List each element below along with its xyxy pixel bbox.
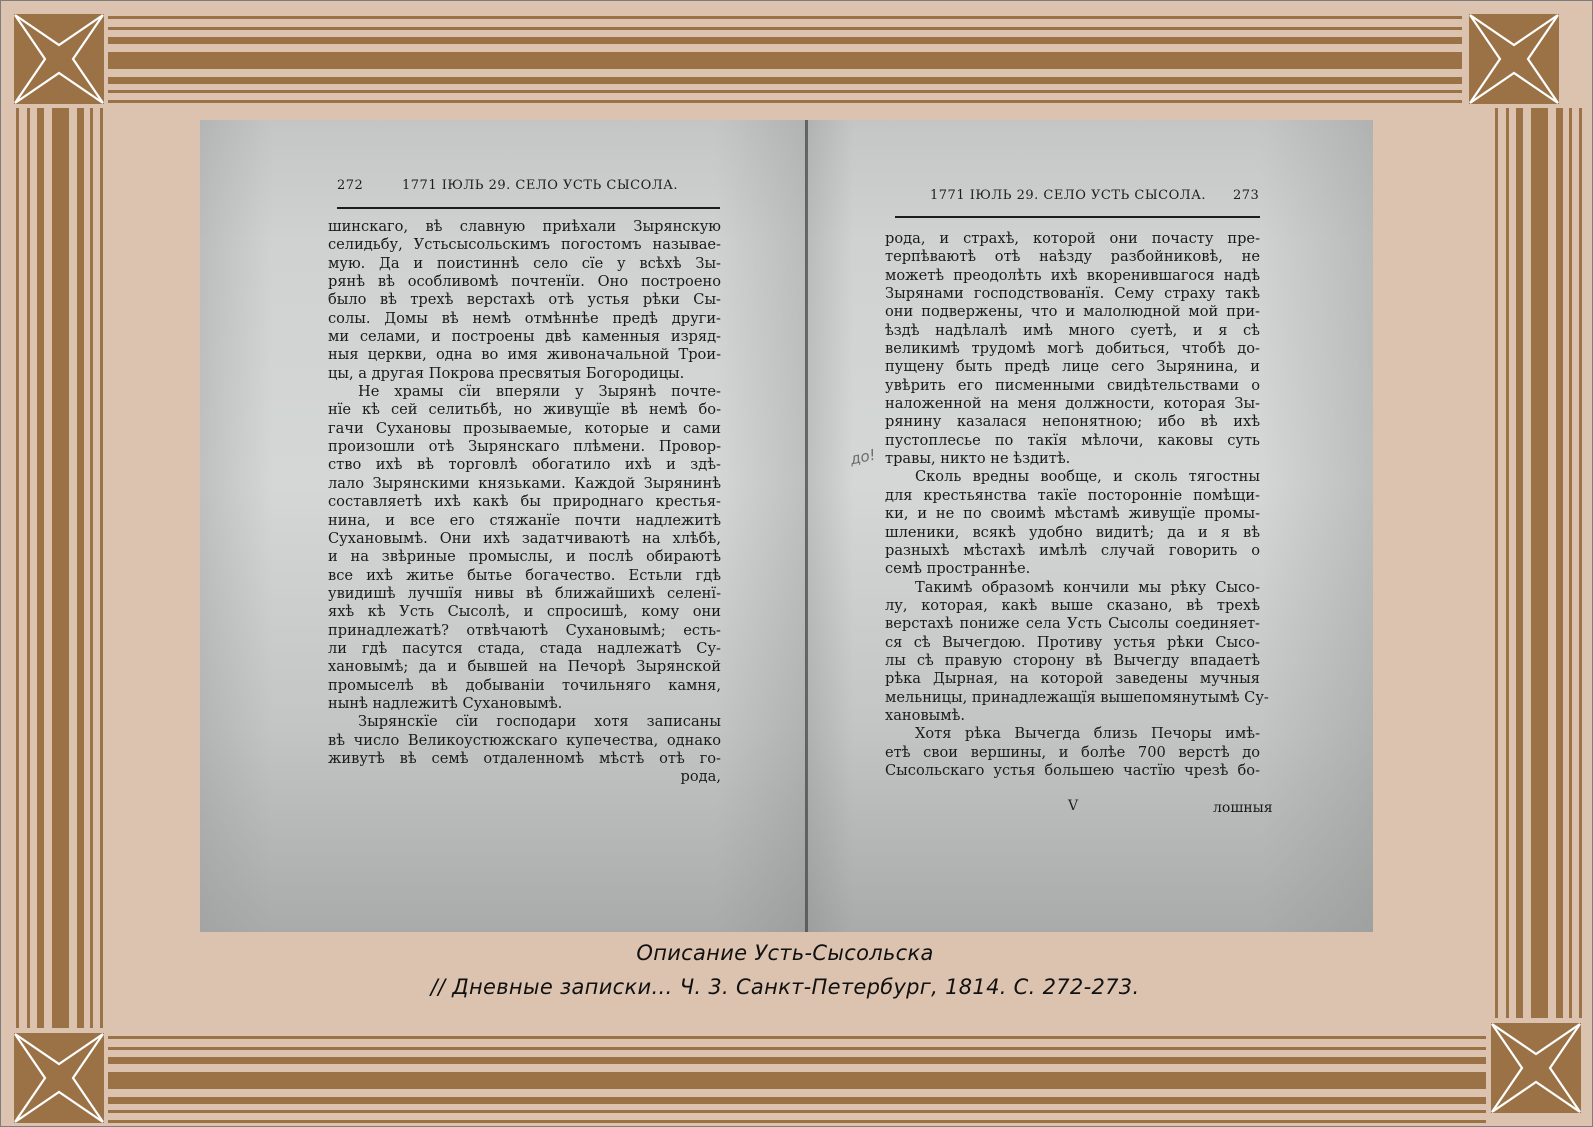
left-page-text: шинскаго, вѣ славную приѣхали Зырянскуюс… <box>328 218 721 787</box>
text-line: солы. Домы вѣ немѣ отмѣннѣе предѣ други- <box>328 310 721 328</box>
text-line: травы, никто не ѣздитѣ. <box>885 450 1260 468</box>
text-line: произошли отѣ Зырянскаго плѣмени. Провор… <box>328 438 721 456</box>
text-line: рода, и страхѣ, которой они почасту пре- <box>885 230 1260 248</box>
left-head-rule <box>337 207 720 209</box>
text-line: гачи Сухановы прозываемые, которые и сам… <box>328 420 721 438</box>
text-line: нынѣ надлежитѣ Сухановымѣ. <box>328 695 721 713</box>
corner-star-icon-top-right <box>1469 14 1559 104</box>
right-page-number: 273 <box>1233 188 1259 203</box>
text-line: и на звѣриные промыслы, и послѣ обираютѣ <box>328 548 721 566</box>
text-line: живутѣ вѣ семѣ отдаленномѣ мѣстѣ отѣ го- <box>328 750 721 768</box>
catchword: лошныя <box>1213 800 1273 816</box>
text-line: мельницы, принадлежащїя вышепомянутымѣ С… <box>885 689 1260 707</box>
text-line: увѣрить его писменными свидѣтельствами о <box>885 377 1260 395</box>
text-line: принадлежатѣ? отвѣчаютѣ Сухановымѣ; есть… <box>328 622 721 640</box>
corner-star-icon-bottom-left <box>14 1033 104 1123</box>
text-line: шленики, всякѣ удобно видитѣ; да и я вѣ <box>885 524 1260 542</box>
text-line: семѣ пространнѣе. <box>885 560 1260 578</box>
text-line: пущену быть предѣ лице сего Зырянина, и <box>885 358 1260 376</box>
text-line: лало Зырянскими князьками. Каждой Зыряни… <box>328 475 721 493</box>
text-line: они подвержены, что и малолюдной мой при… <box>885 303 1260 321</box>
corner-star-icon-bottom-right <box>1491 1023 1581 1113</box>
text-line: ѣздѣ надѣлалѣ имѣ много суетѣ, и я сѣ <box>885 322 1260 340</box>
text-line: Сысольскаго устья большею частїю чрезѣ б… <box>885 762 1260 780</box>
text-line: Хотя рѣка Вычегда близь Печоры имѣ- <box>885 725 1260 743</box>
text-line: ство ихѣ вѣ торговлѣ обогатило ихѣ и здѣ… <box>328 456 721 474</box>
text-line: ми селами, и построены двѣ каменныя изря… <box>328 328 721 346</box>
text-line: рѣка Дырная, на которой заведены мучныя <box>885 670 1260 688</box>
right-running-head: 1771 ІЮЛЬ 29. СЕЛО УСТЬ СЫСОЛА. <box>930 188 1206 203</box>
right-page: 1771 ІЮЛЬ 29. СЕЛО УСТЬ СЫСОЛА. 273 до! … <box>808 120 1373 932</box>
text-line: Зырянскїе сїи господари хотя записаны <box>328 713 721 731</box>
text-line: разныхѣ мѣстахѣ имѣлѣ случай говорить о <box>885 542 1260 560</box>
text-line: Такимѣ образомѣ кончили мы рѣку Сысо- <box>885 579 1260 597</box>
text-line: промыселѣ вѣ добываніи точильняго камня, <box>328 677 721 695</box>
text-line: цы, а другая Покрова пресвятыя Богородиц… <box>328 365 721 383</box>
text-line: етѣ свои вершины, и болѣе 700 верстѣ до <box>885 744 1260 762</box>
bottom-border-stripes <box>108 1034 1486 1122</box>
text-line: ли гдѣ пасутся стада, стада надлежатѣ Су… <box>328 640 721 658</box>
text-line: верстахѣ пониже села Усть Сысолы соединя… <box>885 615 1260 633</box>
text-line: шинскаго, вѣ славную приѣхали Зырянскую <box>328 218 721 236</box>
top-border-stripes <box>108 14 1462 102</box>
text-line: Не храмы сїи вперяли у Зырянѣ почте- <box>328 383 721 401</box>
text-line: Сколь вредны вообще, и сколь тягостны <box>885 468 1260 486</box>
left-page: 272 1771 ІЮЛЬ 29. СЕЛО УСТЬ СЫСОЛА. шинс… <box>200 120 806 932</box>
text-line: селидьбу, Устьсысольскимъ погостомъ назы… <box>328 236 721 254</box>
text-line: лы сѣ правую сторону вѣ Вычегду впадаетѣ <box>885 652 1260 670</box>
text-line: терпѣваютѣ отѣ наѣзду разбойниковѣ, не <box>885 248 1260 266</box>
pencil-margin-note: до! <box>848 446 877 469</box>
text-line: было вѣ трехѣ верстахѣ отѣ устья рѣки Сы… <box>328 291 721 309</box>
text-line: пустоплесье по такїя мѣлочи, каковы суть <box>885 432 1260 450</box>
text-line: рянину казалася непонятною; ибо вѣ ихѣ <box>885 413 1260 431</box>
left-page-number: 272 <box>337 178 363 193</box>
book-photo: 272 1771 ІЮЛЬ 29. СЕЛО УСТЬ СЫСОЛА. шинс… <box>200 120 1373 932</box>
text-line: рянѣ вѣ особливомѣ почтенїи. Оно построе… <box>328 273 721 291</box>
text-line: великимѣ трудомѣ могѣ добиться, чтобѣ до… <box>885 340 1260 358</box>
text-line: можетѣ преодолѣть ихѣ вкоренившагося над… <box>885 267 1260 285</box>
text-line: для крестьянства такїе посторонніе помѣщ… <box>885 487 1260 505</box>
text-line: составляетѣ ихѣ какѣ бы природнаго крест… <box>328 493 721 511</box>
text-line: Зырянами господствованїя. Сему страху та… <box>885 285 1260 303</box>
text-line: вѣ число Великоустюжскаго купечества, од… <box>328 732 721 750</box>
text-line: ки, и не по своимѣ мѣстамѣ живущїе промы… <box>885 505 1260 523</box>
text-line: яхѣ кѣ Усть Сысолѣ, и спросишѣ, кому они <box>328 603 721 621</box>
left-running-head: 1771 ІЮЛЬ 29. СЕЛО УСТЬ СЫСОЛА. <box>402 178 678 193</box>
signature-mark: V <box>1068 798 1078 814</box>
right-border-stripes <box>1493 108 1581 1018</box>
text-line: наложенной на меня должности, которая Зы… <box>885 395 1260 413</box>
text-line: мую. Да и поистиннѣ село сїе у всѣхѣ Зы- <box>328 255 721 273</box>
left-border-stripes <box>14 108 102 1028</box>
text-line: ныя церкви, одна во имя живоначальной Тр… <box>328 346 721 364</box>
corner-star-icon-top-left <box>14 14 104 104</box>
text-line: все ихѣ житье бытье богачество. Естьли г… <box>328 567 721 585</box>
right-page-text: рода, и страхѣ, которой они почасту пре-… <box>885 230 1260 780</box>
text-line: нїе кѣ сей селитьбѣ, но живущїе вѣ немѣ … <box>328 401 721 419</box>
text-line: Сухановымѣ. Они ихѣ задатчиваютѣ на хлѣб… <box>328 530 721 548</box>
right-head-rule <box>895 216 1260 218</box>
text-line: увидишѣ лучшїя нивы вѣ ближайшихѣ селенї… <box>328 585 721 603</box>
text-line: нина, и все его стяжанїе почти надлежитѣ <box>328 512 721 530</box>
text-line: рода, <box>328 768 721 786</box>
text-line: ся сѣ Вычегдою. Противу устья рѣки Сысо- <box>885 634 1260 652</box>
text-line: хановымѣ. <box>885 707 1260 725</box>
text-line: хановымѣ; да и бывшей на Печорѣ Зырянско… <box>328 658 721 676</box>
caption-title: Описание Усть-Сысольска <box>0 941 1570 965</box>
text-line: лу, которая, какѣ выше сказано, вѣ трехѣ <box>885 597 1260 615</box>
caption-citation: // Дневные записки… Ч. 3. Санкт-Петербур… <box>0 975 1570 999</box>
